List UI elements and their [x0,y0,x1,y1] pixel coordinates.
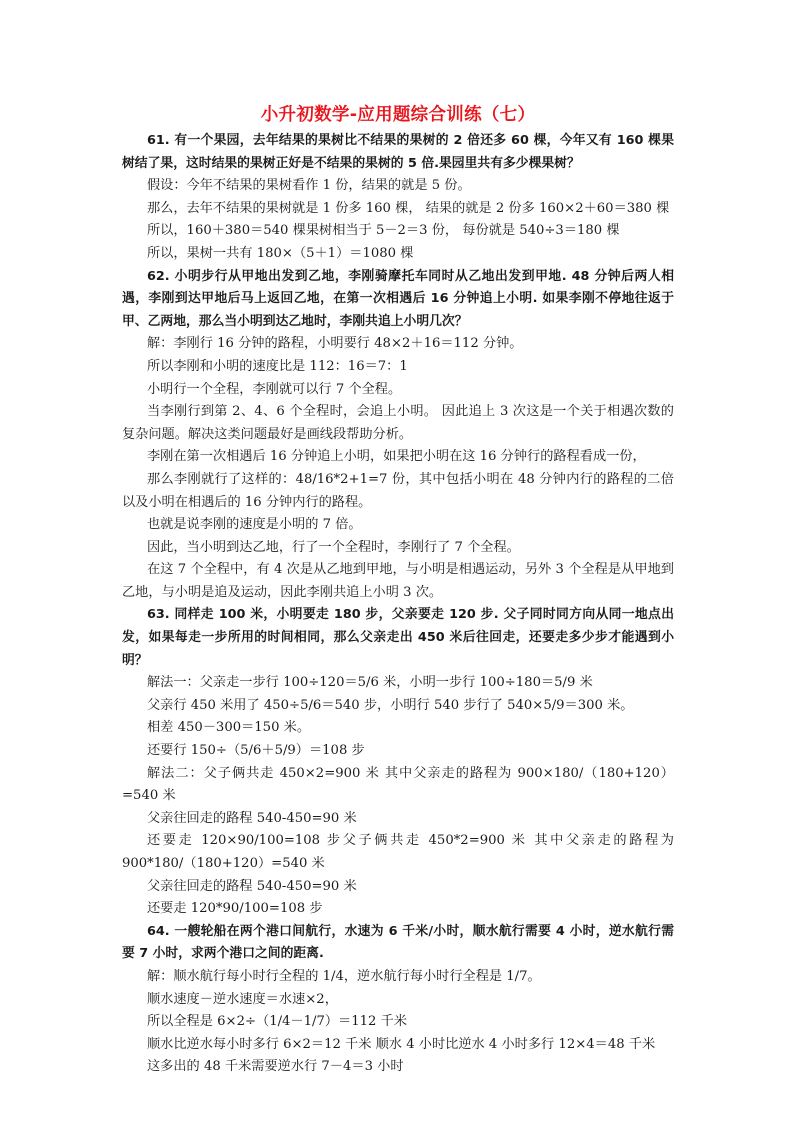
solution-line: 解：李刚行 16 分钟的路程，小明要行 48×2＋16＝112 分钟。 [122,333,674,356]
solution-line: 李刚在第一次相遇后 16 分钟追上小明，如果把小明在这 16 分钟行的路程看成一… [122,446,674,469]
question-text: 61. 有一个果园，去年结果的果树比不结果的果树的 2 倍还多 60 棵，今年又… [122,130,674,175]
question-text: 64. 一艘轮船在两个港口间航行，水速为 6 千米/小时，顺水航行需要 4 小时… [122,921,674,966]
solution-line: 小明行一个全程，李刚就可以行 7 个全程。 [122,379,674,402]
solution-line: 因此，当小明到达乙地，行了一个全程时，李刚行了 7 个全程。 [122,537,674,560]
problem-64: 64. 一艘轮船在两个港口间航行，水速为 6 千米/小时，顺水航行需要 4 小时… [122,921,674,1079]
problem-63: 63. 同样走 100 米，小明要走 180 步，父亲要走 120 步. 父子同… [122,604,674,920]
solution-line: 父亲往回走的路程 540-450=90 米 [122,876,674,899]
solution-line: 解法二：父子俩共走 450×2=900 米 其中父亲走的路程为 900×180/… [122,763,674,808]
solution-line: 也就是说李刚的速度是小明的 7 倍。 [122,514,674,537]
solution-line: 顺水速度－逆水速度＝水速×2， [122,989,674,1012]
solution-line: 所以，160＋380＝540 棵果树相当于 5－2＝3 份， 每份就是 540÷… [122,220,674,243]
solution-line: 在这 7 个全程中，有 4 次是从乙地到甲地，与小明是相遇运动，另外 3 个全程… [122,559,674,604]
question-text: 63. 同样走 100 米，小明要走 180 步，父亲要走 120 步. 父子同… [122,604,674,672]
solution-line: 顺水比逆水每小时多行 6×2＝12 千米 顺水 4 小时比逆水 4 小时多行 1… [122,1034,674,1057]
solution-line: 还要行 150÷（5/6＋5/9）＝108 步 [122,740,674,763]
solution-line: 这多出的 48 千米需要逆水行 7－4＝3 小时 [122,1056,674,1079]
solution-line: 所以全程是 6×2÷（1/4－1/7）＝112 千米 [122,1011,674,1034]
problem-61: 61. 有一个果园，去年结果的果树比不结果的果树的 2 倍还多 60 棵，今年又… [122,130,674,266]
solution-line: 还要走 120×90/100=108 步父子俩共走 450*2=900 米 其中… [122,830,674,875]
problem-62: 62. 小明步行从甲地出发到乙地，李刚骑摩托车同时从乙地出发到甲地. 48 分钟… [122,266,674,605]
solution-line: 所以李刚和小明的速度比是 112：16＝7：1 [122,356,674,379]
solution-line: 相差 450－300＝150 米。 [122,717,674,740]
solution-line: 还要走 120*90/100=108 步 [122,898,674,921]
solution-line: 当李刚行到第 2、4、6 个全程时，会追上小明。 因此追上 3 次这是一个关于相… [122,401,674,446]
question-text: 62. 小明步行从甲地出发到乙地，李刚骑摩托车同时从乙地出发到甲地. 48 分钟… [122,266,674,334]
solution-line: 假设：今年不结果的果树看作 1 份，结果的就是 5 份。 [122,175,674,198]
solution-line: 父亲行 450 米用了 450÷5/6＝540 步，小明行 540 步行了 54… [122,695,674,718]
solution-line: 那么，去年不结果的果树就是 1 份多 160 棵， 结果的就是 2 份多 160… [122,198,674,221]
solution-line: 解法一：父亲走一步行 100÷120＝5/6 米，小明一步行 100÷180＝5… [122,672,674,695]
document-page: 小升初数学-应用题综合训练（七） 61. 有一个果园，去年结果的果树比不结果的果… [122,103,674,1079]
solution-line: 那么李刚就行了这样的：48/16*2+1=7 份，其中包括小明在 48 分钟内行… [122,469,674,514]
solution-line: 父亲往回走的路程 540-450=90 米 [122,808,674,831]
page-title: 小升初数学-应用题综合训练（七） [122,103,674,127]
solution-line: 解：顺水航行每小时行全程的 1/4，逆水航行每小时行全程是 1/7。 [122,966,674,989]
solution-line: 所以，果树一共有 180×（5＋1）＝1080 棵 [122,243,674,266]
